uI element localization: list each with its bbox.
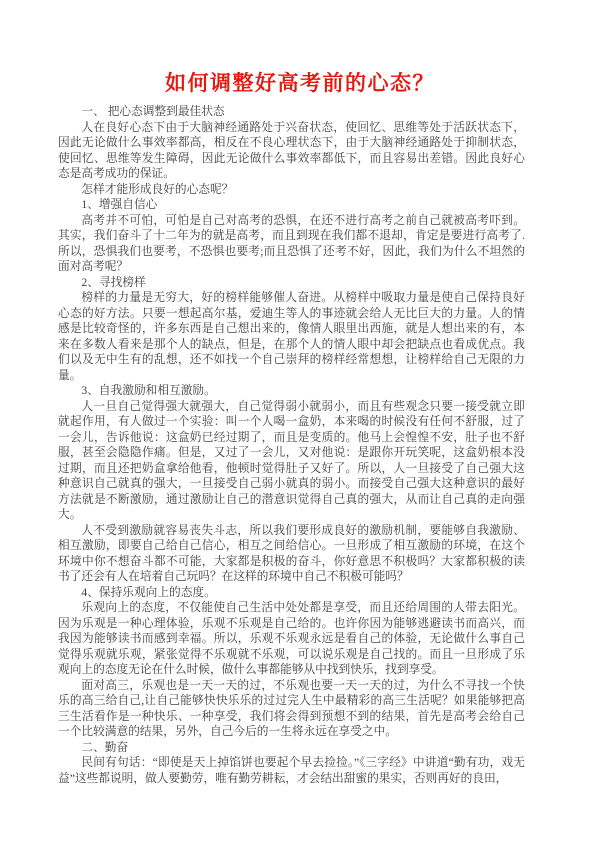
subheading-2: 2、寻找榜样 [58,275,525,291]
paragraph: 民间有句话：“即使是天上掉馅饼也要起个早去捡捡。”《三字经》中讲道“勤有功，戏无… [58,755,525,786]
paragraph: 面对高三，乐观也是一天一天的过，不乐观也要一天一天的过，为什么不寻找一个快乐的高… [58,678,525,740]
paragraph: 榜样的力量是无穷大，好的榜样能够催人奋进。从榜样中吸取力量是使自己保持良好心态的… [58,290,525,383]
section-heading-1: 一、 把心态调整到最佳状态 [58,104,525,120]
paragraph: 人在良好心态下由于大脑神经通路处于兴奋状态，使回忆、思维等处于活跃状态下，因此无… [58,120,525,182]
page-title: 如何调整好高考前的心态？ [58,70,542,97]
section-heading-2: 二、勤奋 [58,740,525,756]
paragraph: 人一旦自己觉得强大就强大，自己觉得弱小就弱小，而且有些观念只要一接受就立即就起作… [58,399,525,523]
subheading-1: 1、增强自信心 [58,197,525,213]
paragraph: 乐观向上的态度，不仅能使自己生活中处处都是享受，而且还给周围的人带去阳光。因为乐… [58,600,525,678]
paragraph: 人不受到激励就容易丧失斗志，所以我们要形成良好的激励机制，要能够自我激励、相互激… [58,523,525,585]
document-page: 如何调整好高考前的心态？ 一、 把心态调整到最佳状态 人在良好心态下由于大脑神经… [0,0,600,850]
subheading-3: 3、自我激励和相互激励。 [58,383,525,399]
paragraph: 怎样才能形成良好的心态呢？ [58,182,525,198]
document-body: 一、 把心态调整到最佳状态 人在良好心态下由于大脑神经通路处于兴奋状态，使回忆、… [58,104,525,786]
paragraph: 高考并不可怕，可怕是自己对高考的恐惧，在还不进行高考之前自己就被高考吓到。其实，… [58,213,525,275]
subheading-4: 4、保持乐观向上的态度。 [58,585,525,601]
